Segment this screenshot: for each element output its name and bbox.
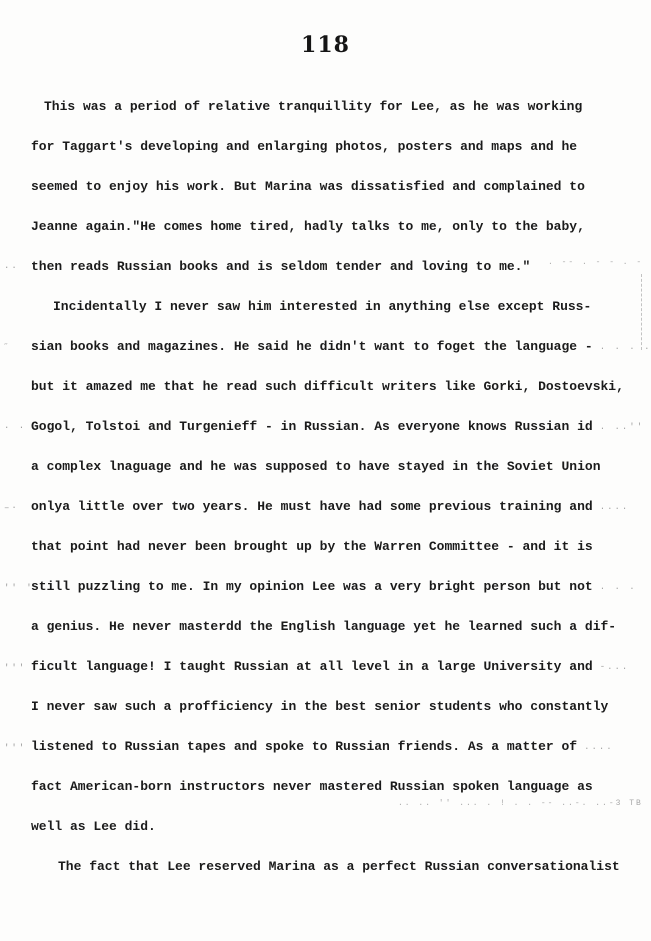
text-body: This was a period of relative tranquilli… [0,96,651,896]
text-line: seemed to enjoy his work. But Marina was… [0,176,651,216]
text-line-content: sian books and magazines. He said he did… [31,336,593,358]
text-line: that point had never been brought up by … [0,536,651,576]
trailing-speckle: .... [600,502,630,512]
text-line-content: seemed to enjoy his work. But Marina was… [31,176,585,198]
text-line: –·onlya little over two years. He must h… [0,496,651,536]
text-line-content: Jeanne again."He comes home tired, hadly… [31,216,585,238]
text-line: '''listened to Russian tapes and spoke t… [0,736,651,776]
margin-speckle: –· [4,497,19,519]
text-line-content: that point had never been brought up by … [31,536,593,558]
ink-smudge-row: .. .. '' ... . ! . . -- ..-. ..-3 TB . [398,799,651,808]
text-line-content: for Taggart's developing and enlarging p… [31,136,577,158]
text-line-content: I never saw such a profficiency in the b… [31,696,608,718]
text-line-content: fact American-born instructors never mas… [31,776,593,798]
text-line: This was a period of relative tranquilli… [0,96,651,136]
text-line-content: a genius. He never masterdd the English … [31,616,616,638]
margin-speckle: · · [4,417,26,439]
text-line-content: listened to Russian tapes and spoke to R… [31,736,577,758]
margin-speckle: ·· [4,257,19,279]
right-margin-vertical-dashes [641,274,642,350]
text-line: fact American-born instructors never mas… [0,776,651,816]
margin-speckle: ''' [4,657,26,679]
dotted-rule-cross: . -- . - - . - -+ [548,258,651,267]
trailing-speckle: . ..'' . . [600,422,651,432]
text-line: '''ficult language! I taught Russian at … [0,656,651,696]
text-line-content: Incidentally I never saw him interested … [53,296,591,318]
text-line: · ·Gogol, Tolstoi and Turgenieff - in Ru… [0,416,651,456]
text-line-content: then reads Russian books and is seldom t… [31,256,530,278]
text-line: I never saw such a profficiency in the b… [0,696,651,736]
text-line: for Taggart's developing and enlarging p… [0,136,651,176]
text-line: Incidentally I never saw him interested … [0,296,651,336]
text-line: a complex lnaguage and he was supposed t… [0,456,651,496]
text-line-content: well as Lee did. [31,816,156,838]
text-line: ˝sian books and magazines. He said he di… [0,336,651,376]
text-line-content: This was a period of relative tranquilli… [44,96,582,118]
trailing-speckle: -... [600,662,630,672]
trailing-speckle: . . . . [600,342,651,352]
text-line-content: The fact that Lee reserved Marina as a p… [58,856,620,878]
text-line-content: but it amazed me that he read such diffi… [31,376,624,398]
scanned-page: 118 This was a period of relative tranqu… [0,0,651,941]
text-line-content: still puzzling to me. In my opinion Lee … [31,576,593,598]
text-line-content: onlya little over two years. He must hav… [31,496,593,518]
text-line: The fact that Lee reserved Marina as a p… [0,856,651,896]
text-line: but it amazed me that he read such diffi… [0,376,651,416]
text-line: '' 'still puzzling to me. In my opinion … [0,576,651,616]
trailing-speckle: . . . [600,582,637,592]
text-line: well as Lee did. [0,816,651,856]
text-line-content: a complex lnaguage and he was supposed t… [31,456,601,478]
margin-speckle: '' ' [4,577,34,599]
page-number: 118 [0,32,651,58]
text-line: Jeanne again."He comes home tired, hadly… [0,216,651,256]
text-line-content: ficult language! I taught Russian at all… [31,656,593,678]
text-line: a genius. He never masterdd the English … [0,616,651,656]
text-line-content: Gogol, Tolstoi and Turgenieff - in Russi… [31,416,593,438]
margin-speckle: ''' [4,737,26,759]
trailing-speckle: .... [584,742,614,752]
margin-speckle: ˝ [4,337,11,359]
